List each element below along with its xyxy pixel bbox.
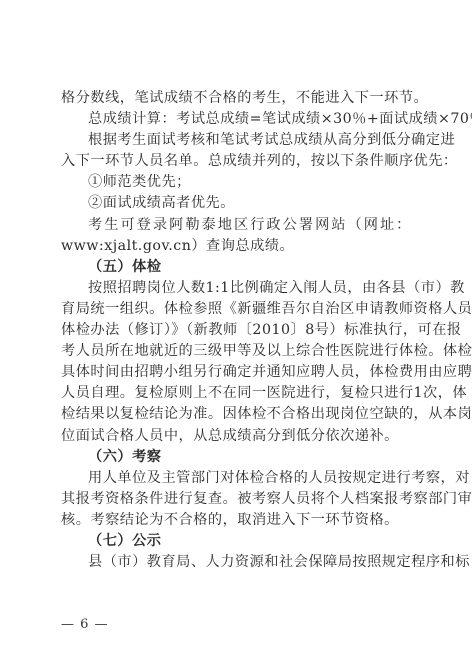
document-page: 格分数线，笔试成绩不合格的考生，不能进入下一环节。 总成绩计算：考试总成绩=笔试… <box>0 0 472 667</box>
section-heading-physical-exam: （五）体检 <box>61 257 411 278</box>
paragraph-line: 县（市）教育局、人力资源和社会保障局按照规定程序和标 <box>61 552 411 573</box>
paragraph-line: 检结果以复检结论为准。因体检不合格出现岗位空缺的，从本岗 <box>61 404 411 425</box>
paragraph-line: 按照招聘岗位人数1:1比例确定入闱人员，由各县（市）教 <box>61 278 411 299</box>
paragraph-line: 人员自理。复检原则上不在同一医院进行，复检只进行1次，体 <box>61 383 411 404</box>
char: 行 <box>250 215 265 236</box>
char: 署 <box>299 215 314 236</box>
paragraph-line: 考人员所在地就近的三级甲等及以上综合性医院进行体检。体检 <box>61 341 411 362</box>
char: 网 <box>364 215 379 236</box>
char: 址 <box>380 215 395 236</box>
paragraph-line: 具体时间由招聘小组另行确定并通知应聘人员，体检费用由应聘 <box>61 362 411 383</box>
priority-item-1: ①师范类优先； <box>61 172 411 193</box>
page-number: — 6 — <box>61 617 109 632</box>
website-url-line: www:xjalt.gov.cn）查询总成绩。 <box>61 236 411 257</box>
paragraph-line: 位面试合格人员中，从总成绩高分到低分依次递补。 <box>61 426 411 447</box>
char: 地 <box>218 215 233 236</box>
char: 政 <box>266 215 281 236</box>
char: 考 <box>88 215 103 236</box>
section-heading-publicity: （七）公示 <box>61 531 411 552</box>
score-formula-line: 总成绩计算：考试总成绩=笔试成绩×30％+面试成绩×70％。 <box>61 109 411 130</box>
char: ： <box>396 215 411 236</box>
char: 生 <box>104 215 119 236</box>
char: 登 <box>137 215 152 236</box>
priority-item-2: ②面试成绩高者优先。 <box>61 193 411 214</box>
char: 阿 <box>169 215 184 236</box>
char: 站 <box>331 215 346 236</box>
char: 网 <box>315 215 330 236</box>
paragraph-line: 体检办法（修订）》（新教师〔2010〕8号）标准执行，可在报 <box>61 320 411 341</box>
paragraph-line: 格分数线，笔试成绩不合格的考生，不能进入下一环节。 <box>61 88 411 109</box>
paragraph-line: 用人单位及主管部门对体检合格的人员按规定进行考察，对 <box>61 468 411 489</box>
website-line: 考 生 可 登 录 阿 勒 泰 地 区 行 政 公 署 网 站 （ 网 址 ： <box>61 215 411 236</box>
char: 泰 <box>202 215 217 236</box>
paragraph-line: 核。考察结论为不合格的，取消进入下一环节资格。 <box>61 510 411 531</box>
document-body: 格分数线，笔试成绩不合格的考生，不能进入下一环节。 总成绩计算：考试总成绩=笔试… <box>61 88 411 573</box>
paragraph-line: 根据考生面试考核和笔试考试总成绩从高分到低分确定进 <box>61 130 411 151</box>
char: 区 <box>234 215 249 236</box>
paragraph-line: 其报考资格条件进行复查。被考察人员将个人档案报考察部门审 <box>61 489 411 510</box>
section-heading-inspection: （六）考察 <box>61 447 411 468</box>
char: 录 <box>153 215 168 236</box>
paragraph-line: 入下一环节人员名单。总成绩并列的，按以下条件顺序优先： <box>61 151 411 172</box>
paragraph-line: 育局统一组织。体检参照《新疆维吾尔自治区申请教师资格人员 <box>61 299 411 320</box>
char: 勒 <box>185 215 200 236</box>
char: 公 <box>283 215 298 236</box>
char: （ <box>348 215 363 236</box>
char: 可 <box>120 215 135 236</box>
